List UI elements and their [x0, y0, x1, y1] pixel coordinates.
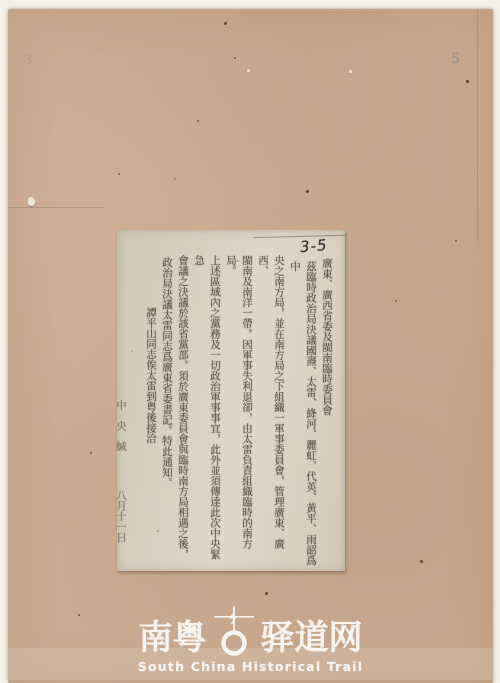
speckle: [234, 57, 236, 59]
speckle: [247, 69, 250, 72]
card-crease-horizontal: [8, 207, 104, 208]
speckle: [265, 592, 268, 595]
signature: 中央緘: [115, 400, 127, 462]
photo-index-label: 3-5: [299, 236, 328, 256]
text-column: 茲臨時政治局決議國燾、太雷、絳河、麗虹、代英、黃平、雨韶爲中: [287, 255, 319, 567]
speckle: [306, 190, 309, 193]
signature-column: 中央緘 八月十一日: [113, 255, 129, 567]
speckle: [455, 240, 457, 242]
text-column: 央之南方局，並在南方局之下組織一軍事委員會，管理廣東、廣西、: [255, 255, 287, 567]
text-column: 會議之決議於該省黨部。須於廣東委員會與臨時南方局相遇之後，: [175, 255, 191, 567]
card-crease-vertical: [477, 9, 478, 241]
watermark-en-text: South China Historical Trail: [8, 659, 493, 674]
speckle: [197, 120, 199, 122]
text-column: 政治局決議太雷同志爲廣東省委書記。特此通知。: [159, 255, 175, 567]
speckle: [118, 173, 120, 175]
speckle: [90, 452, 92, 454]
speckle: [224, 22, 227, 25]
pencil-scribble: ʒ: [24, 50, 34, 65]
album-card: ʒ 5 3-5 廣東、廣西省委及閩南臨時委員會 茲臨時政治局決議國燾、太雷、絳河: [8, 9, 493, 683]
archival-scan-page: ʒ 5 3-5 廣東、廣西省委及閩南臨時委員會 茲臨時政治局決議國燾、太雷、絳河: [0, 0, 500, 683]
speckle: [395, 300, 397, 302]
vertical-text-block: 廣東、廣西省委及閩南臨時委員會 茲臨時政治局決議國燾、太雷、絳河、麗虹、代英、黃…: [113, 255, 335, 567]
text-column: 上述區域內之黨務及一切政治軍事事宜，此外並須傳達此次中央緊急: [191, 255, 223, 567]
site-watermark: 南粤 驿道网 South China Historical Trail: [8, 606, 493, 674]
speckle: [349, 70, 352, 73]
text-column-indented: 譚平山同志俟太雷到粤後接洽: [143, 255, 159, 567]
trail-milestone-icon: [211, 606, 257, 656]
date: 八月十一日: [115, 490, 127, 543]
speckle: [466, 80, 469, 83]
watermark-zh-left: 南粤: [139, 621, 207, 655]
speckle: [420, 560, 423, 563]
document-photo: 3-5 廣東、廣西省委及閩南臨時委員會 茲臨時政治局決議國燾、太雷、絳河、麗虹、…: [117, 230, 345, 571]
text-column: 閩南及南洋一帶。因軍事失利退卻，由太雷負責組織臨時的南方局。: [223, 255, 255, 567]
paper-chip: [28, 197, 35, 206]
text-column: 廣東、廣西省委及閩南臨時委員會: [319, 255, 335, 567]
watermark-zh-right: 驿道网: [261, 621, 363, 655]
speckle: [174, 178, 176, 180]
page-number-pencil: 5: [451, 51, 460, 67]
